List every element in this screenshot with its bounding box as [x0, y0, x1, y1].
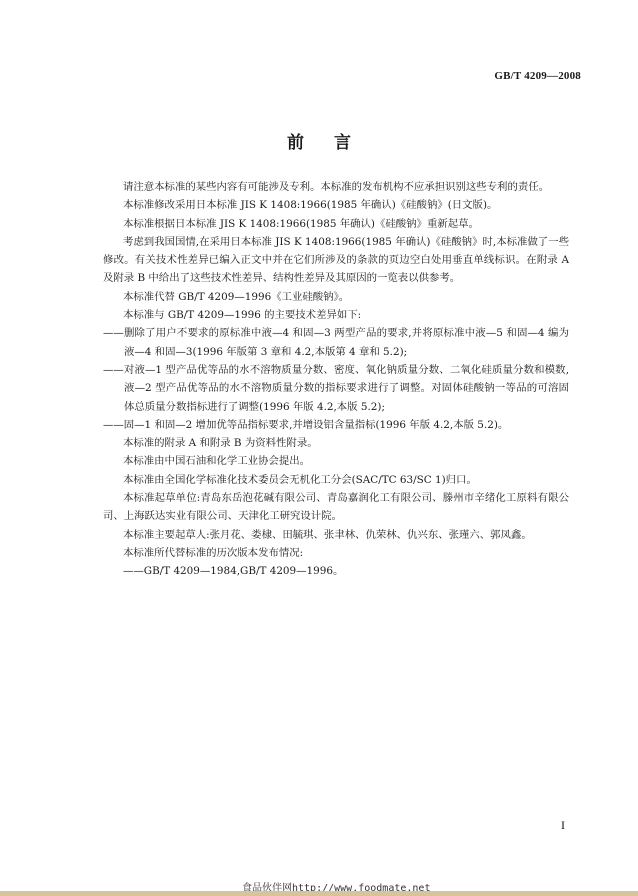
- standard-code: GB/T 4209—2008: [494, 70, 581, 82]
- paragraph-adoption: 本标准修改采用日本标准 JIS K 1408:1966(1985 年确认)《硅酸…: [103, 196, 569, 214]
- list-item-difference-3: ——固—1 和固—2 增加优等品指标要求,并增设铝含量指标(1996 年版 4.…: [103, 416, 569, 434]
- paragraph-under-jurisdiction: 本标准由全国化学标准化技术委员会无机化工分会(SAC/TC 63/SC 1)归口…: [103, 471, 569, 489]
- paragraph-drafting-units: 本标准起草单位:青岛东岳泡花碱有限公司、青岛嘉润化工有限公司、滕州市辛绪化工原料…: [103, 489, 569, 526]
- paragraph-replaces: 本标准代替 GB/T 4209—1996《工业硅酸钠》。: [103, 288, 569, 306]
- paragraph-drafters: 本标准主要起草人:张月花、娄棣、田毓琪、张聿林、仇荣林、仇兴东、张瑾六、郭凤鑫。: [103, 526, 569, 544]
- paragraph-modifications: 考虑到我国国情,在采用日本标准 JIS K 1408:1966(1985 年确认…: [103, 233, 569, 288]
- paragraph-annexes: 本标准的附录 A 和附录 B 为资料性附录。: [103, 434, 569, 452]
- paragraph-previous-editions-intro: 本标准所代替标准的历次版本发布情况:: [103, 544, 569, 562]
- footer-strip: [0, 891, 638, 896]
- page-title: 前言: [0, 128, 638, 153]
- paragraph-previous-editions: ——GB/T 4209—1984,GB/T 4209—1996。: [103, 562, 569, 580]
- paragraph-proposed-by: 本标准由中国石油和化学工业协会提出。: [103, 452, 569, 470]
- paragraph-redrafted: 本标准根据日本标准 JIS K 1408:1966(1985 年确认)《硅酸钠》…: [103, 215, 569, 233]
- page-number: I: [561, 818, 565, 833]
- list-item-difference-1: ——删除了用户不要求的原标准中液—4 和固—3 两型产品的要求,并将原标准中液—…: [103, 324, 569, 361]
- paragraph-differences-intro: 本标准与 GB/T 4209—1996 的主要技术差异如下:: [103, 306, 569, 324]
- foreword-body: 请注意本标准的某些内容有可能涉及专利。本标准的发布机构不应承担识别这些专利的责任…: [103, 178, 569, 581]
- paragraph-patent-notice: 请注意本标准的某些内容有可能涉及专利。本标准的发布机构不应承担识别这些专利的责任…: [103, 178, 569, 196]
- list-item-difference-2: ——对液—1 型产品优等品的水不溶物质量分数、密度、氧化钠质量分数、二氧化硅质量…: [103, 361, 569, 416]
